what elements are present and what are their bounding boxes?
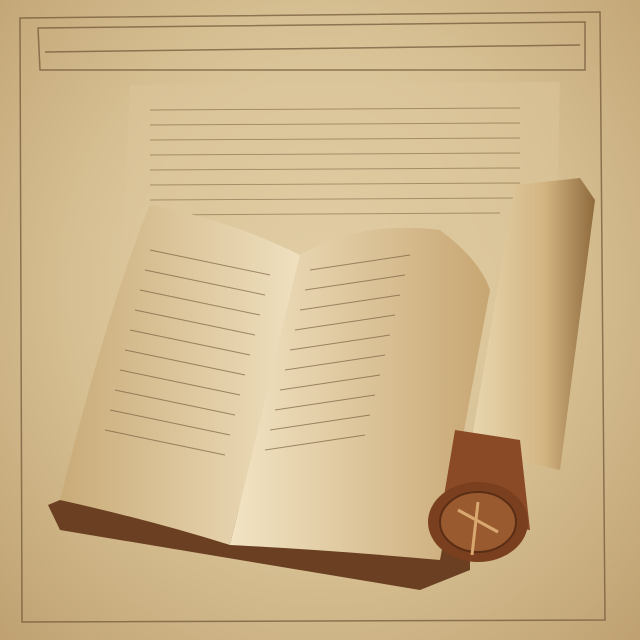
parchment-scene: [0, 0, 640, 640]
artwork: [0, 0, 640, 640]
